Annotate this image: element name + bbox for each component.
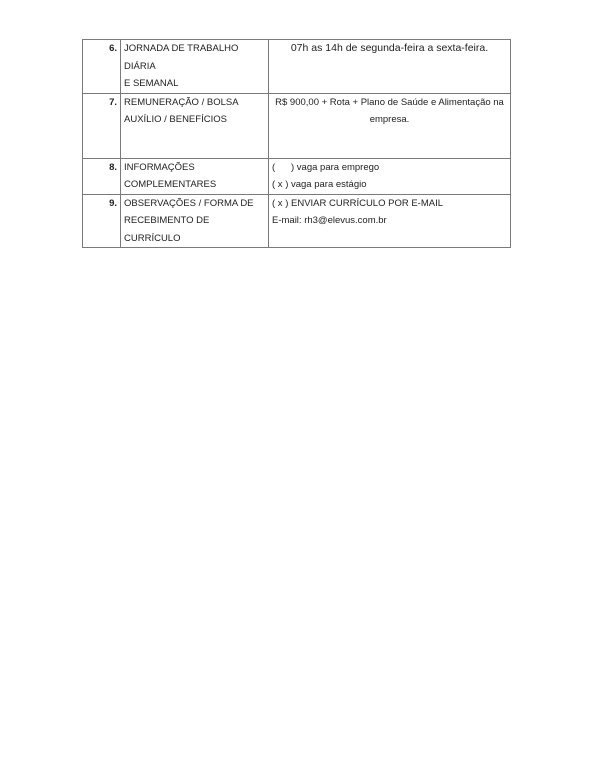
label-line: OBSERVAÇÕES / FORMA DE — [124, 195, 265, 213]
table-row-application: 9. OBSERVAÇÕES / FORMA DE RECEBIMENTO DE… — [83, 194, 511, 248]
row-value: R$ 900,00 + Rota + Plano de Saúde e Alim… — [269, 93, 511, 158]
value-line: ( ) vaga para emprego — [272, 159, 507, 177]
row-label: JORNADA DE TRABALHO DIÁRIA E SEMANAL — [121, 40, 269, 94]
label-line: INFORMAÇÕES — [124, 159, 265, 177]
row-value: ( x ) ENVIAR CURRÍCULO POR E-MAIL E-mail… — [269, 194, 511, 248]
value-line: 07h as 14h de segunda-feira a sexta-feir… — [272, 40, 507, 58]
label-line: RECEBIMENTO DE CURRÍCULO — [124, 212, 265, 247]
label-line: COMPLEMENTARES — [124, 176, 265, 194]
row-label: REMUNERAÇÃO / BOLSA AUXÍLIO / BENEFÍCIOS — [121, 93, 269, 158]
value-line: R$ 900,00 + Rota + Plano de Saúde e Alim… — [272, 94, 507, 112]
row-value: 07h as 14h de segunda-feira a sexta-feir… — [269, 40, 511, 94]
row-number: 7. — [83, 93, 121, 158]
label-line: REMUNERAÇÃO / BOLSA — [124, 94, 265, 112]
value-line: ( x ) vaga para estágio — [272, 176, 507, 194]
label-line: E SEMANAL — [124, 75, 265, 93]
row-label: INFORMAÇÕES COMPLEMENTARES — [121, 158, 269, 194]
row-value: ( ) vaga para emprego ( x ) vaga para es… — [269, 158, 511, 194]
table-row-additional-info: 8. INFORMAÇÕES COMPLEMENTARES ( ) vaga p… — [83, 158, 511, 194]
label-line: JORNADA DE TRABALHO DIÁRIA — [124, 40, 265, 75]
row-label: OBSERVAÇÕES / FORMA DE RECEBIMENTO DE CU… — [121, 194, 269, 248]
row-number: 9. — [83, 194, 121, 248]
table-row-workday: 6. JORNADA DE TRABALHO DIÁRIA E SEMANAL … — [83, 40, 511, 94]
value-line: ( x ) ENVIAR CURRÍCULO POR E-MAIL — [272, 195, 507, 213]
value-line: empresa. — [272, 111, 507, 129]
email-text: E-mail: rh3@elevus.com.br — [272, 212, 507, 230]
row-number: 6. — [83, 40, 121, 94]
job-info-table: 6. JORNADA DE TRABALHO DIÁRIA E SEMANAL … — [82, 39, 511, 248]
row-number: 8. — [83, 158, 121, 194]
label-line: AUXÍLIO / BENEFÍCIOS — [124, 111, 265, 129]
table-row-remuneration: 7. REMUNERAÇÃO / BOLSA AUXÍLIO / BENEFÍC… — [83, 93, 511, 158]
